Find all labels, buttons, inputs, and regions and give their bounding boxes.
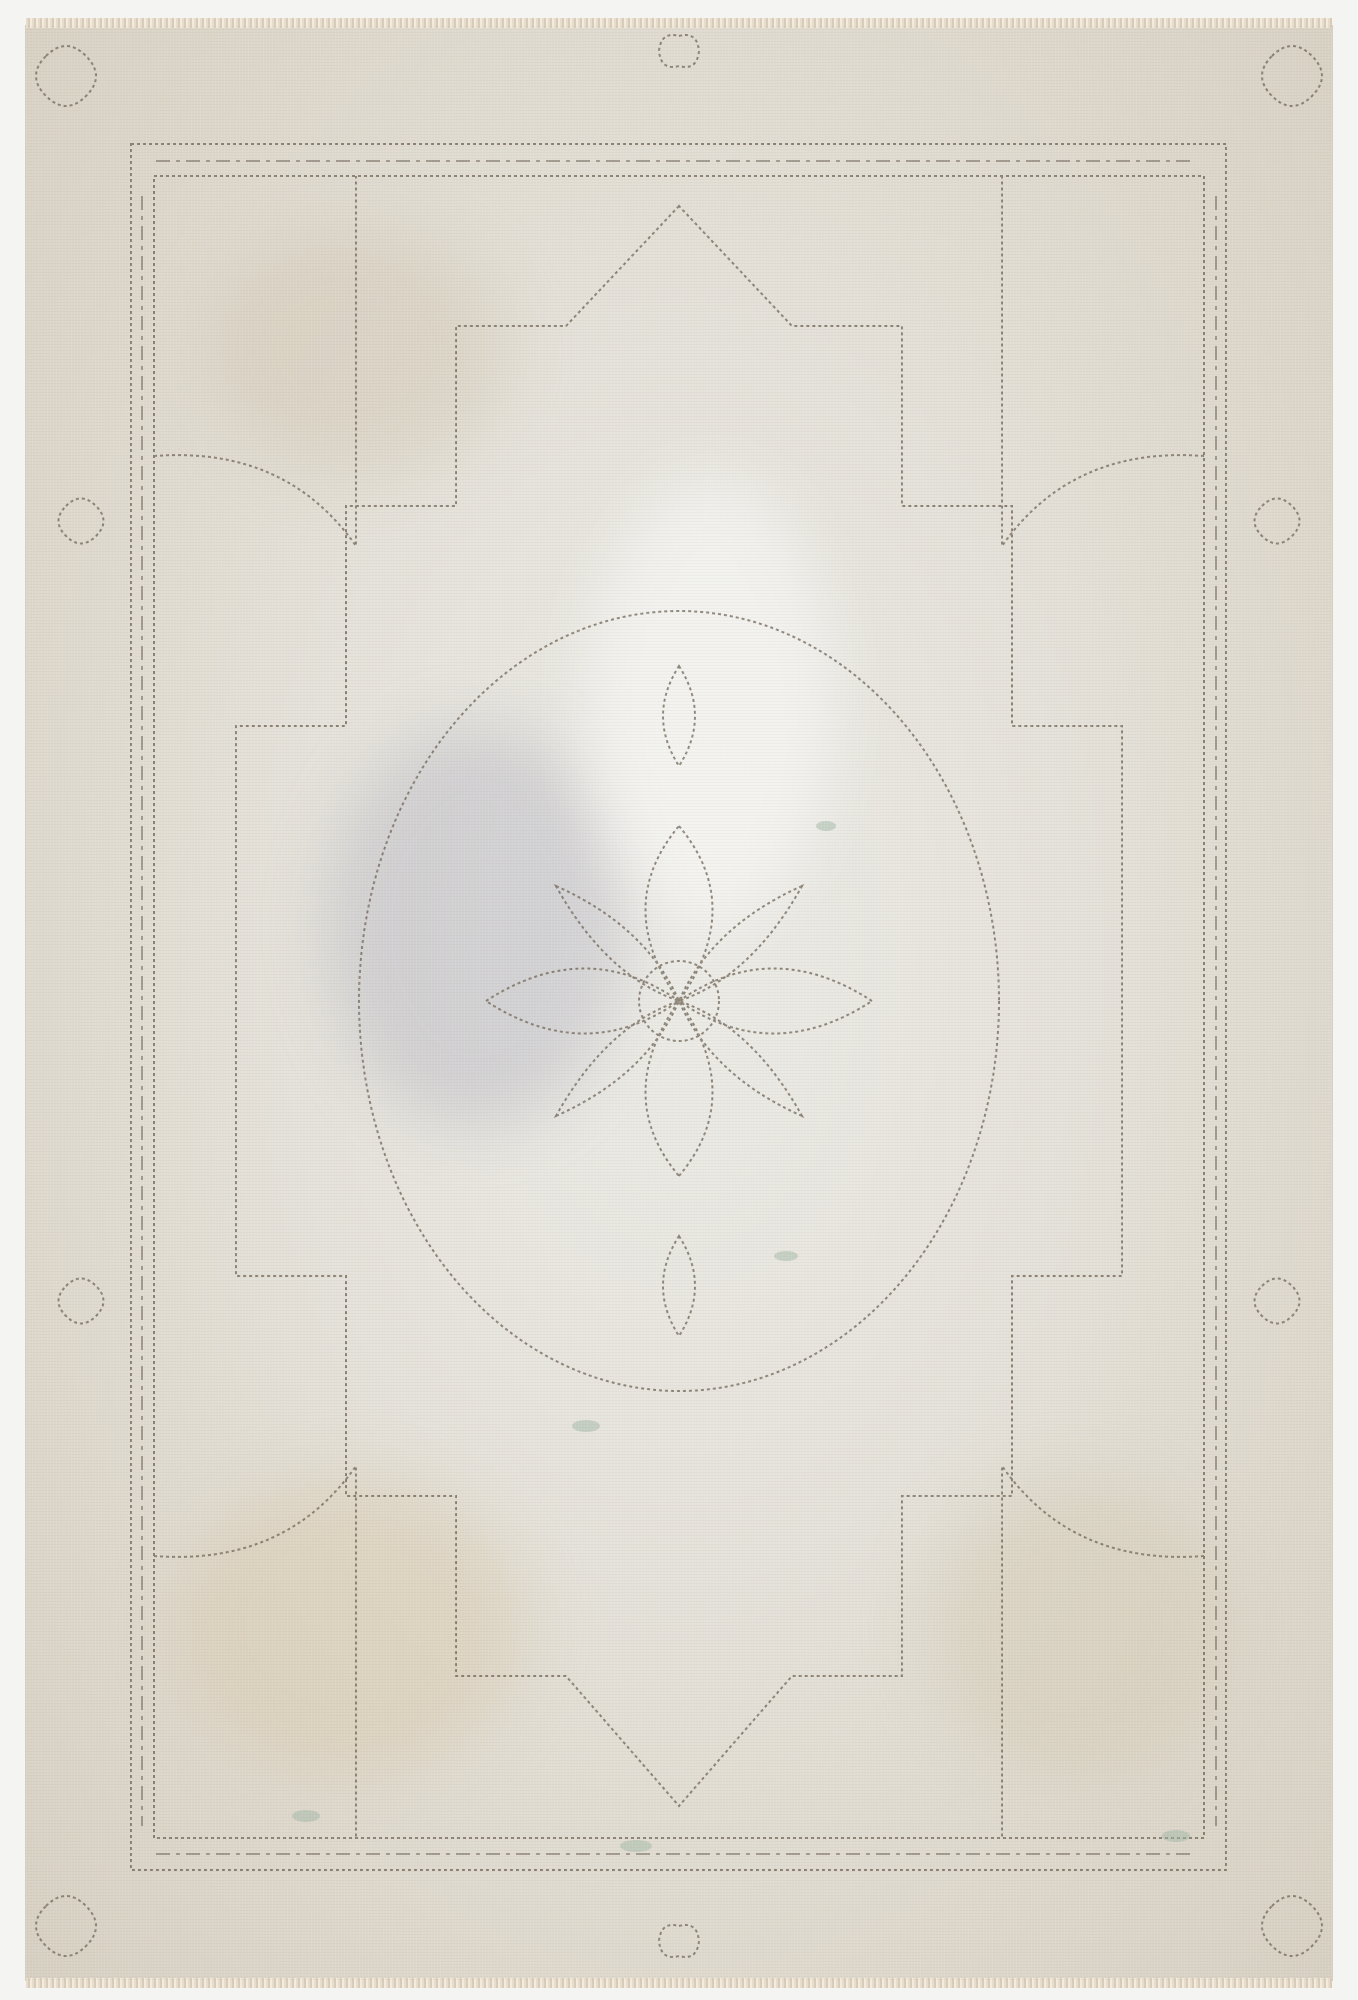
spandrel-top-left <box>154 176 356 546</box>
petal-diag <box>556 1001 679 1116</box>
border-motif <box>1255 1279 1300 1324</box>
border-motif <box>1255 499 1300 544</box>
petal-bottom <box>646 1001 713 1176</box>
border-motif <box>59 499 104 544</box>
petal-diag <box>556 886 679 1001</box>
corner-motif <box>36 46 96 106</box>
border-motif <box>659 1925 699 1957</box>
spandrel-bottom-right <box>1002 1466 1204 1838</box>
corner-motif <box>36 1896 96 1956</box>
rug-pattern <box>26 26 1332 1980</box>
outer-border-line <box>131 144 1226 1870</box>
green-accents <box>292 821 1190 1852</box>
petal-diag <box>679 886 802 1001</box>
petal-diag <box>679 1001 802 1116</box>
spandrel-top-right <box>1002 176 1204 546</box>
corner-motif <box>1262 46 1322 106</box>
petal-left <box>486 969 679 1034</box>
petal-right <box>679 969 872 1034</box>
inner-frame-line <box>154 176 1204 1838</box>
rug <box>26 26 1332 1980</box>
spandrel-bottom-left <box>154 1466 356 1838</box>
border-motif <box>59 1279 104 1324</box>
corner-motif <box>1262 1896 1322 1956</box>
medallion-outline <box>236 206 1122 1806</box>
border-band-pattern <box>142 161 1216 1854</box>
border-motif <box>659 35 699 67</box>
pendant-top <box>663 666 695 766</box>
petal-top <box>646 826 713 1001</box>
pendant-bottom <box>663 1236 695 1336</box>
